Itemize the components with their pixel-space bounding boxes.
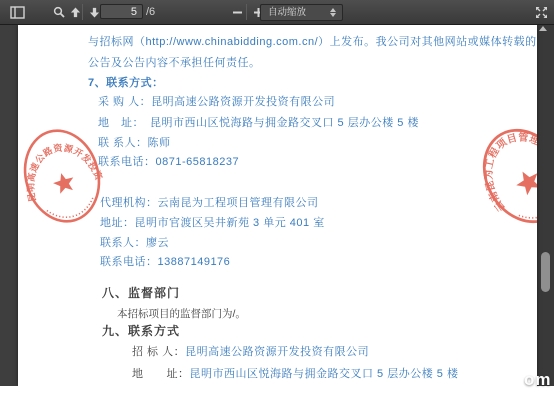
doc-line: 联系电话：0871-65818237 [98, 156, 239, 169]
doc-line: 与招标网（http://www.chinabidding.com.cn/）上发布… [88, 36, 537, 49]
doc-line: 7、联系方式： [88, 77, 164, 90]
doc-line: 本招标项目的监督部门为/。 [117, 308, 246, 321]
doc-text-segment: 昆明市西山区悦海路与拥金路交叉口 5 层办公楼 5 楼 [190, 368, 459, 380]
doc-text-segment: 7、联系方式： [88, 77, 164, 89]
doc-text-segment: 昆明高速公路资源开发投资有限公司 [185, 346, 369, 358]
arrow-down-icon [89, 7, 100, 18]
doc-text-segment: 联系人：廖云 [100, 237, 169, 249]
scale-select-value: 自动缩放 [268, 7, 306, 18]
svg-text:云南昆为工程项目管理有限公司: 云南昆为工程项目管理有限公司 [463, 113, 537, 217]
doc-text-segment: 八、监督部门 [102, 286, 180, 300]
star-icon [512, 166, 537, 198]
pdf-toolbar: /6 自动缩放 [0, 0, 554, 25]
doc-text-segment: 公告及公告内容不承担任何责任。 [88, 57, 261, 69]
doc-text-segment: 与招标网（http://www.chinabidding.com.cn/）上发布… [88, 36, 537, 48]
star-icon [51, 170, 77, 195]
scrollbar-track[interactable] [537, 25, 554, 386]
doc-line: 八、监督部门 [102, 287, 180, 300]
doc-line: 地址：昆明市官渡区吴井新苑 3 单元 401 室 [100, 217, 325, 230]
doc-text-segment: 地 址： [132, 368, 190, 380]
minus-icon [232, 7, 243, 18]
pdf-page: 与招标网（http://www.chinabidding.com.cn/）上发布… [18, 25, 537, 386]
doc-text-segment: 招 标 人： [132, 346, 185, 358]
page-number-input[interactable] [100, 4, 143, 19]
doc-line: 采 购 人：昆明高速公路资源开发投资有限公司 [98, 96, 335, 109]
doc-line: 九、联系方式 [102, 325, 180, 338]
doc-text-segment: 地 址： 昆明市西山区悦海路与拥金路交叉口 5 层办公楼 5 楼 [98, 117, 419, 129]
arrow-up-icon [70, 7, 81, 18]
presentation-mode-button[interactable] [532, 4, 550, 20]
sidebar-toggle-button[interactable] [8, 4, 26, 20]
doc-line: 地 址： 昆明市西山区悦海路与拥金路交叉口 5 层办公楼 5 楼 [98, 117, 419, 130]
doc-line: 联系电话：13887149176 [100, 256, 230, 269]
doc-line: 公告及公告内容不承担任何责任。 [88, 57, 261, 70]
doc-line: 代理机构：云南昆为工程项目管理有限公司 [100, 197, 319, 210]
doc-text-segment: 采 购 人：昆明高速公路资源开发投资有限公司 [98, 96, 335, 108]
svg-text:昆明高速公路资源开发投资有限公司: 昆明高速公路资源开发投资有限公司 [18, 115, 106, 205]
toolbar-divider [246, 4, 247, 20]
dropdown-arrows-icon [330, 7, 337, 18]
toolbar-divider [82, 4, 83, 20]
stamp-ring-text: 昆明高速公路资源开发投资有限公司 [18, 115, 106, 205]
pdf-viewer: /6 自动缩放 [0, 0, 554, 386]
watermark-fragment: om [524, 370, 552, 390]
doc-line: 地 址：昆明市西山区悦海路与拥金路交叉口 5 层办公楼 5 楼 [132, 368, 458, 381]
scroll-top-marker-icon [539, 26, 547, 31]
zoom-out-button[interactable] [228, 4, 246, 20]
doc-text-segment: 地址：昆明市官渡区吴井新苑 3 单元 401 室 [100, 217, 325, 229]
expand-icon [535, 6, 548, 19]
doc-text-segment: 代理机构：云南昆为工程项目管理有限公司 [100, 197, 319, 209]
doc-text-segment: 联系电话：0871-65818237 [98, 156, 239, 168]
doc-line: 招 标 人：昆明高速公路资源开发投资有限公司 [132, 346, 369, 359]
doc-text-segment: 本招标项目的监督部门为/。 [117, 308, 246, 320]
pdf-content: 与招标网（http://www.chinabidding.com.cn/）上发布… [0, 25, 554, 386]
scrollbar-thumb[interactable] [541, 252, 550, 292]
doc-line: 联系人：廖云 [100, 237, 169, 250]
doc-line: 联 系人：陈师 [98, 137, 171, 150]
doc-text-segment: 九、联系方式 [102, 324, 180, 338]
stamp-right: 云南昆为工程项目管理有限公司 [460, 107, 537, 245]
page-count-label: /6 [146, 6, 155, 18]
doc-text-segment: 联系电话：13887149176 [100, 256, 230, 268]
scale-select[interactable]: 自动缩放 [260, 4, 343, 21]
doc-text-segment: 联 系人：陈师 [98, 137, 171, 149]
stamp-ring-text: 云南昆为工程项目管理有限公司 [463, 113, 537, 217]
sidebar-toggle-icon [10, 6, 25, 19]
search-icon [53, 6, 65, 18]
